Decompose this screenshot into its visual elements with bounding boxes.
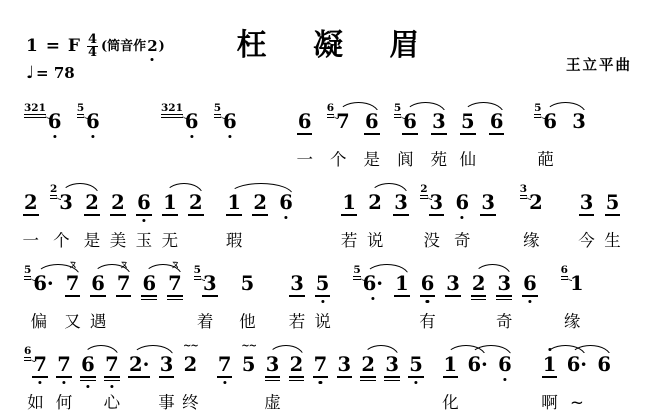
note: 5 (409, 340, 423, 375)
music-system: 56·偏ㄡ7又6遇ㄡ76ㄡ753着5他3若5说56·16有323奇661缘 (0, 259, 656, 340)
beam-underline (128, 376, 150, 378)
note-digit: 6 (490, 111, 504, 132)
note-digit: 6 (142, 273, 156, 294)
note-digit: 6 (597, 354, 611, 375)
beam-underline (141, 299, 157, 301)
beam-underline (202, 295, 218, 297)
note: 23没 (420, 178, 443, 213)
note-digit: 2 (361, 354, 375, 375)
beam-underline (265, 376, 281, 378)
note-digit: 5 (409, 354, 423, 375)
note-core: 6 (91, 273, 105, 294)
note: 7 (314, 340, 328, 375)
notation-area: 3216563216566一67个6是56阆3苑5仙656葩32一23个2是2美… (0, 97, 656, 420)
note: 5仙 (461, 97, 475, 132)
note-core: 1 (395, 273, 409, 294)
note: 56阆 (394, 97, 417, 132)
note-core: 6 (365, 111, 379, 132)
note-digit: 3 (430, 192, 444, 213)
beam-underline (80, 376, 96, 378)
note: 2一 (24, 178, 38, 213)
beam-underline (289, 376, 305, 378)
note: 23个 (50, 178, 73, 213)
beam-underline (167, 295, 183, 297)
beam-underline (167, 299, 183, 301)
note: 1 (395, 259, 409, 294)
note-digit: 2 (189, 192, 203, 213)
grace-notes: 6 (327, 103, 334, 120)
lyric: 虚 (264, 393, 281, 413)
grace-notes: 321 (161, 103, 183, 120)
beam-underline (605, 214, 621, 216)
beam-underline (315, 295, 331, 297)
music-system: 2一23个2是2美6玉1无21瑕261若2说323没6奇332缘3今5生 (0, 178, 656, 259)
note-core: 6 (298, 111, 312, 132)
note-core: 6· (567, 354, 587, 375)
note-core: 3 (203, 273, 217, 294)
note-core: 7 (314, 354, 328, 375)
low-octave-dot (321, 300, 324, 303)
grace-notes: 5 (194, 265, 201, 282)
note-digit: 7 (66, 273, 80, 294)
beam-underline (84, 214, 100, 216)
beam-underline (289, 295, 305, 297)
note-core: 2 (361, 354, 375, 375)
note-core: 1 (444, 354, 458, 375)
beam-underline (431, 133, 447, 135)
note-digit: 5 (316, 273, 330, 294)
note-core: 1 (570, 273, 584, 294)
note: 3 (446, 259, 460, 294)
note-core: ~~2 (184, 354, 198, 375)
note-core: 1 (163, 192, 177, 213)
lyric: 奇 (496, 312, 513, 332)
lyric: 若 (341, 231, 358, 251)
note-digit: 6 (421, 273, 435, 294)
note-core: 6· (467, 354, 487, 375)
beam-underline (360, 380, 376, 382)
note-core: 7 (57, 354, 71, 375)
note-digit: 5 (461, 111, 475, 132)
note-core: 5 (606, 192, 620, 213)
note: 1啊 (543, 340, 557, 375)
beam-underline (489, 133, 505, 135)
note-core: 1 (227, 192, 241, 213)
low-octave-dot (223, 381, 226, 384)
note-digit: 2 (529, 192, 543, 213)
note-digit: 3 (394, 192, 408, 213)
low-octave-dot (142, 219, 145, 222)
beam-underline (522, 295, 538, 297)
note: 2美 (111, 178, 125, 213)
beam-underline (116, 295, 132, 297)
lyric: 是 (364, 150, 381, 170)
note: 1化 (444, 340, 458, 375)
lyric: 若 (289, 312, 306, 332)
note-core: 6 (185, 111, 199, 132)
note-digit: 2 (290, 354, 304, 375)
note: 61缘 (561, 259, 584, 294)
note: 1若 (342, 178, 356, 213)
lyric: 终 (182, 393, 199, 413)
note-digit: 6 (81, 354, 95, 375)
note-core: 2 (472, 273, 486, 294)
beam-underline (341, 214, 357, 216)
note-digit: 6 (279, 192, 293, 213)
beam-underline (110, 214, 126, 216)
beam-underline (496, 295, 512, 297)
note: 56 (214, 97, 237, 132)
note-core: 6 (490, 111, 504, 132)
grace-notes: 5 (394, 103, 401, 120)
grace-notes: 5 (353, 265, 360, 282)
low-octave-dot (91, 135, 94, 138)
note-digit: 3 (446, 273, 460, 294)
music-system: 67如7何67心2·3事~~2终7~~53虚2732351化6·61啊6·~6 (0, 340, 656, 420)
note: 3216 (24, 97, 62, 132)
note-core: ㄡ7 (168, 273, 182, 294)
beam-underline (65, 295, 81, 297)
grace-beam (161, 117, 183, 118)
note-core: 6 (455, 192, 469, 213)
note-core: 7 (336, 111, 350, 132)
lyric: 偏 (31, 312, 48, 332)
beam-underline (80, 380, 96, 382)
beam-underline (579, 214, 595, 216)
note: 6一 (298, 97, 312, 132)
lyric: 今 (578, 231, 595, 251)
note-digit: 3 (59, 192, 73, 213)
lyric: 缘 (523, 231, 540, 251)
beam-underline (364, 133, 380, 135)
lyric: 瑕 (226, 231, 243, 251)
beam-underline (542, 376, 558, 378)
note-digit: 3 (572, 111, 586, 132)
note-core: 1 (342, 192, 356, 213)
lyric: 他 (239, 312, 256, 332)
grace-notes: 2 (420, 184, 427, 201)
note-core: 6 (498, 354, 512, 375)
note-digit: 2 (111, 192, 125, 213)
note-digit: 2 (472, 273, 486, 294)
note-core: 7 (33, 354, 47, 375)
note: 56葩 (534, 97, 557, 132)
note-digit: 6· (363, 273, 383, 294)
note-core: 3 (580, 192, 594, 213)
beam-underline (289, 380, 305, 382)
beam-underline (297, 133, 313, 135)
note-digit: 7 (117, 273, 131, 294)
low-octave-dot (503, 378, 506, 381)
note-digit: 1 (444, 354, 458, 375)
grace-notes: 6 (24, 346, 31, 363)
note: ~~2终 (184, 340, 198, 375)
beam-underline (56, 376, 72, 378)
lyric: 无 (162, 231, 179, 251)
lyric: 化 (442, 393, 459, 413)
beam-underline (162, 214, 178, 216)
beam-underline (265, 380, 281, 382)
note-digit: 7 (218, 354, 232, 375)
note-digit: 6 (523, 273, 537, 294)
note: 1瑕 (227, 178, 241, 213)
grace-notes: 3 (520, 184, 527, 201)
lyric: 何 (56, 393, 73, 413)
note-core: 6 (86, 111, 100, 132)
lyric: 说 (314, 312, 331, 332)
note-digit: 2 (85, 192, 99, 213)
note-core: 6 (403, 111, 417, 132)
note-digit: 3 (266, 354, 280, 375)
lyric: 生 (604, 231, 621, 251)
beam-underline (104, 376, 120, 378)
note: 7 (218, 340, 232, 375)
low-octave-dot (62, 381, 65, 384)
beam-underline (496, 299, 512, 301)
low-octave-dot (39, 381, 42, 384)
note-digit: 7 (57, 354, 71, 375)
beam-underline (252, 214, 268, 216)
trill-ornament-icon: ~~ (241, 342, 256, 352)
grace-notes: 321 (24, 103, 46, 120)
note-core: 2 (189, 192, 203, 213)
lyric: 个 (53, 231, 70, 251)
note: 6玉 (137, 178, 151, 213)
lyric: 遇 (90, 312, 107, 332)
note-core: 6 (223, 111, 237, 132)
note-digit: 7 (336, 111, 350, 132)
lyric: 个 (330, 150, 347, 170)
note-core: 3 (385, 354, 399, 375)
lyric: 一 (296, 150, 313, 170)
note: 6有 (421, 259, 435, 294)
beam-underline (313, 376, 329, 378)
low-octave-dot (190, 135, 193, 138)
note: 53着 (194, 259, 217, 294)
note: 6 (523, 259, 537, 294)
note-core: ~~5 (242, 354, 256, 375)
note-core: 2 (529, 192, 543, 213)
beam-underline (217, 376, 233, 378)
note: 5他 (241, 259, 255, 294)
note-core: 6 (279, 192, 293, 213)
trill-ornament-icon: ~~ (183, 342, 198, 352)
low-octave-dot (319, 381, 322, 384)
low-octave-dot (110, 385, 113, 388)
lyric: 着 (197, 312, 214, 332)
grace-notes: 2 (50, 184, 57, 201)
note-digit: 2 (368, 192, 382, 213)
lyric: 缘 (564, 312, 581, 332)
note-core: 5 (241, 273, 255, 294)
beam-underline (420, 295, 436, 297)
beam-underline (408, 376, 424, 378)
note: 3 (481, 178, 495, 213)
note-core: ㄡ7 (117, 273, 131, 294)
note-digit: 3 (160, 354, 174, 375)
grace-notes: 5 (214, 103, 221, 120)
note-core: 3 (290, 273, 304, 294)
note-digit: 5 (606, 192, 620, 213)
note-digit: 1 (163, 192, 177, 213)
note-core: 6· (33, 273, 53, 294)
beam-underline (480, 214, 496, 216)
note-digit: 1 (543, 354, 557, 375)
note-core: 3 (497, 273, 511, 294)
note-digit: 1 (395, 273, 409, 294)
note-digit: 2 (24, 192, 38, 213)
low-octave-dot (461, 216, 464, 219)
low-octave-dot (371, 297, 374, 300)
beam-underline (141, 295, 157, 297)
note-core: 7 (218, 354, 232, 375)
lyric: 仙 (460, 150, 477, 170)
note: 32缘 (520, 178, 543, 213)
note-digit: 3 (481, 192, 495, 213)
lyric: 阆 (397, 150, 414, 170)
beam-underline (471, 299, 487, 301)
note-core: 5 (316, 273, 330, 294)
note: 67个 (327, 97, 350, 132)
beam-underline (443, 376, 459, 378)
beam-underline (429, 214, 445, 216)
note-core: 6 (81, 354, 95, 375)
lyric: 如 (27, 393, 44, 413)
note-core: 2 (368, 192, 382, 213)
note-core: 6 (597, 354, 611, 375)
lyric: 有 (419, 312, 436, 332)
note-core: 3 (572, 111, 586, 132)
beam-underline (90, 295, 106, 297)
note-digit: 6· (467, 354, 487, 375)
lyric: 没 (423, 231, 440, 251)
note-digit: 6 (185, 111, 199, 132)
note-core: 3 (394, 192, 408, 213)
note-digit: 3 (432, 111, 446, 132)
low-octave-dot (86, 385, 89, 388)
note-digit: 6 (298, 111, 312, 132)
note: 7何 (57, 340, 71, 375)
note-core: 3 (266, 354, 280, 375)
beam-underline (188, 214, 204, 216)
note: 5说 (316, 259, 330, 294)
note-digit: 2 (253, 192, 267, 213)
lyric: 苑 (431, 150, 448, 170)
note-core: 3 (338, 354, 352, 375)
lyric: 葩 (537, 150, 554, 170)
note-core: 3 (160, 354, 174, 375)
note-core: 6 (142, 273, 156, 294)
note-core: 3 (430, 192, 444, 213)
low-octave-dot (284, 216, 287, 219)
note-digit: 7 (314, 354, 328, 375)
tempo-value: = 78 (36, 64, 75, 82)
note-digit: 6· (33, 273, 53, 294)
note-core: 3 (446, 273, 460, 294)
grace-notes: 5 (24, 265, 31, 282)
note: 6 (279, 178, 293, 213)
note-core: 6· (363, 273, 383, 294)
note-core: 2· (129, 354, 149, 375)
note-digit: 6 (223, 111, 237, 132)
note-digit: 6 (86, 111, 100, 132)
beam-underline (394, 295, 410, 297)
grace-beam (24, 117, 46, 118)
lyric: ~ (570, 393, 584, 413)
music-system: 3216563216566一67个6是56阆3苑5仙656葩3 (0, 97, 656, 178)
note-digit: 3 (580, 192, 594, 213)
note-digit: 6 (403, 111, 417, 132)
beam-underline (226, 214, 242, 216)
note-digit: 1 (570, 273, 584, 294)
note-digit: 1 (227, 192, 241, 213)
note: 5生 (606, 178, 620, 213)
note-digit: 7 (33, 354, 47, 375)
score-header: 1 = F 4 4 (筒音作 2 ) ♩ = 78 枉 凝 眉 (0, 0, 656, 98)
sheet-music-page: 1 = F 4 4 (筒音作 2 ) ♩ = 78 枉 凝 眉 (0, 0, 656, 420)
note-digit: 7 (168, 273, 182, 294)
note-core: 5 (461, 111, 475, 132)
beam-underline (104, 380, 120, 382)
note-digit: 3 (203, 273, 217, 294)
beam-underline (384, 376, 400, 378)
note-digit: 6 (48, 111, 62, 132)
note: 3今 (580, 178, 594, 213)
note-core: 1 (543, 354, 557, 375)
note-digit: 6· (567, 354, 587, 375)
low-octave-dot (53, 135, 56, 138)
note-core: 2 (290, 354, 304, 375)
beam-underline (32, 376, 48, 378)
note-digit: 6 (455, 192, 469, 213)
note-digit: 2 (184, 354, 198, 375)
lyric: 奇 (454, 231, 471, 251)
note: ~~5 (242, 340, 256, 375)
note-core: 6 (421, 273, 435, 294)
lyric: 是 (84, 231, 101, 251)
beam-underline (471, 295, 487, 297)
note: 3216 (161, 97, 199, 132)
note: 67如 (24, 340, 47, 375)
low-octave-dot (228, 135, 231, 138)
note-core: 3 (59, 192, 73, 213)
note-digit: 1 (342, 192, 356, 213)
note-core: 6 (523, 273, 537, 294)
grace-notes: 5 (534, 103, 541, 120)
note-digit: 3 (290, 273, 304, 294)
note-core: 6 (543, 111, 557, 132)
beam-underline (136, 214, 152, 216)
lyric: 心 (104, 393, 121, 413)
note-core: ㄡ7 (66, 273, 80, 294)
song-title: 枉 凝 眉 (0, 20, 656, 64)
note-digit: 6 (498, 354, 512, 375)
note-core: 6 (137, 192, 151, 213)
lyric: 说 (367, 231, 384, 251)
lyric: 事 (158, 393, 175, 413)
grace-notes: 5 (77, 103, 84, 120)
beam-underline (360, 376, 376, 378)
low-octave-dot (528, 300, 531, 303)
lyric: 又 (64, 312, 81, 332)
note-core: 2 (85, 192, 99, 213)
note-digit: 6 (137, 192, 151, 213)
note-core: 3 (481, 192, 495, 213)
beam-underline (384, 380, 400, 382)
note-digit: 7 (105, 354, 119, 375)
grace-beam (24, 114, 46, 115)
note-digit: 5 (242, 354, 256, 375)
